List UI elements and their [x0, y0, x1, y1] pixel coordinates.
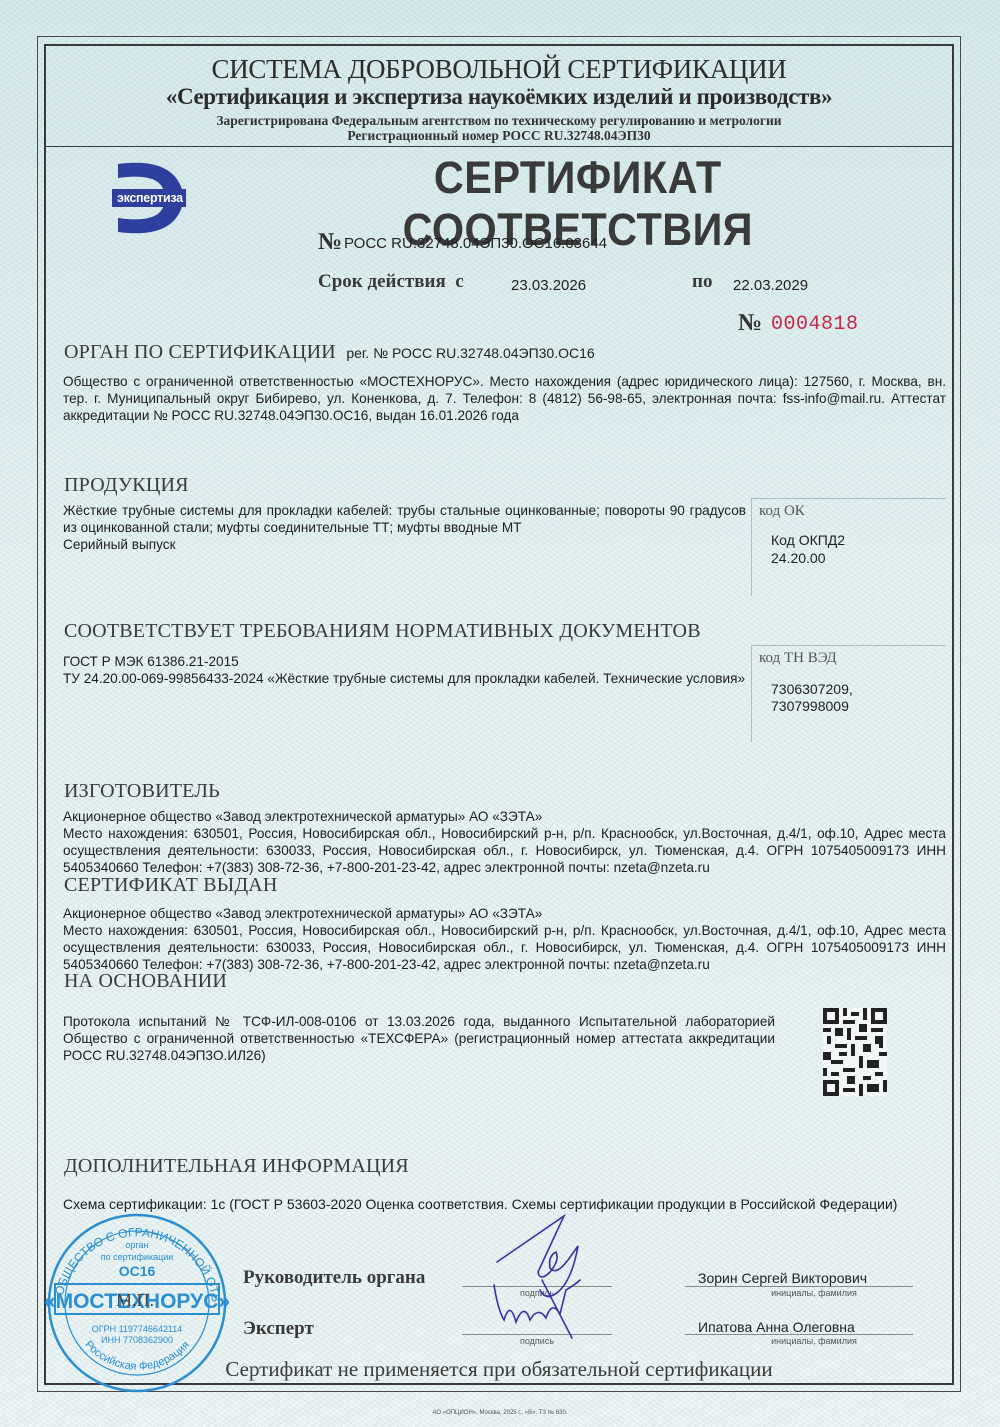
valid-to: 22.03.2029	[733, 277, 808, 294]
signature-scribble-icon	[480, 1210, 630, 1350]
additional-info-title: ДОПОЛНИТЕЛЬНАЯ ИНФОРМАЦИЯ	[64, 1155, 409, 1178]
certification-body-reg: рег. № РОСС RU.32748.04ЭП30.ОС16	[346, 345, 594, 361]
okpd2-label: Код ОКПД2	[771, 532, 845, 549]
ok-code-box: код ОК Код ОКПД2 24.20.00	[751, 498, 946, 596]
tnved-code-1: 7306307209,	[771, 681, 853, 698]
qr-code[interactable]	[823, 1008, 887, 1096]
production-type: Серийный выпуск	[63, 536, 176, 553]
basis-title: НА ОСНОВАНИИ	[64, 970, 227, 993]
head-name-caption: инициалы, фамилия	[685, 1288, 913, 1298]
expert-name-line	[685, 1334, 913, 1335]
expertiza-logo: экспертиза	[108, 158, 188, 238]
head-name-line	[685, 1286, 913, 1287]
cert-number-label: №	[318, 229, 342, 256]
manufacturer-name: Акционерное общество «Завод электротехни…	[63, 808, 542, 825]
validity-label: Срок действия с	[318, 271, 464, 293]
serial-number: 0004818	[771, 313, 859, 336]
tnved-code-2: 7307998009	[771, 698, 849, 715]
certification-body-title: ОРГАН ПО СЕРТИФИКАЦИИ	[64, 341, 336, 363]
product-description: Жёсткие трубные системы для прокладки ка…	[63, 503, 746, 535]
standards-title: СООТВЕТСТВУЕТ ТРЕБОВАНИЯМ НОРМАТИВНЫХ ДО…	[64, 620, 701, 643]
handwritten-signatures	[480, 1210, 630, 1350]
product-title: ПРОДУКЦИЯ	[64, 474, 189, 497]
registration-info: Зарегистрирована Федеральным агентством …	[44, 113, 954, 143]
svg-text:по сертификации: по сертификации	[101, 1252, 174, 1262]
serial-label: №	[738, 310, 762, 337]
product-text: Жёсткие трубные системы для прокладки ка…	[63, 502, 746, 536]
issued-to-title: СЕРТИФИКАТ ВЫДАН	[64, 874, 278, 897]
registered-by: Зарегистрирована Федеральным агентством …	[44, 113, 954, 128]
manufacturer-title: ИЗГОТОВИТЕЛЬ	[64, 780, 220, 803]
ok-code-title: код ОК	[759, 503, 805, 520]
expert-name-caption: инициалы, фамилия	[685, 1336, 913, 1346]
system-title: СИСТЕМА ДОБРОВОЛЬНОЙ СЕРТИФИКАЦИИ	[44, 54, 954, 85]
header-divider	[44, 146, 954, 147]
certification-body-text: Общество с ограниченной ответственностью…	[63, 373, 946, 424]
okpd2-value: 24.20.00	[771, 550, 826, 567]
system-name: «Сертификация и экспертиза наукоёмких из…	[44, 84, 954, 110]
svg-text:ОГРН 1197746642114: ОГРН 1197746642114	[92, 1324, 183, 1334]
standard-line-2: ТУ 24.20.00-069-99856433-2024 «Жёсткие т…	[63, 670, 746, 687]
issued-to-details: Место нахождения: 630501, Россия, Новоси…	[63, 922, 946, 973]
svg-text:ИНН 7708362900: ИНН 7708362900	[101, 1335, 173, 1345]
expert-name: Ипатова Анна Олеговна	[698, 1319, 855, 1335]
basis-text: Протокола испытаний № ТСФ-ИЛ-008-0106 от…	[63, 1013, 775, 1064]
qr-code-icon	[823, 1008, 887, 1096]
registration-number: Регистрационный номер РОСС RU.32748.04ЭП…	[44, 128, 954, 143]
expert-label: Эксперт	[243, 1318, 314, 1340]
manufacturer-details: Место нахождения: 630501, Россия, Новоси…	[63, 825, 946, 876]
svg-text:ОС16: ОС16	[119, 1263, 156, 1279]
logo-text: экспертиза	[117, 191, 183, 205]
tnved-code-box: код ТН ВЭД 7306307209, 7307998009	[751, 645, 946, 742]
tnved-code-title: код ТН ВЭД	[759, 650, 837, 667]
svg-text:орган: орган	[125, 1240, 148, 1250]
stamp-place: М.П.	[116, 1290, 154, 1311]
valid-from: 23.03.2026	[511, 277, 586, 294]
issued-to-name: Акционерное общество «Завод электротехни…	[63, 905, 542, 922]
standard-line-1: ГОСТ Р МЭК 61386.21-2015	[63, 653, 239, 670]
printer-info: АО «ОПЦИОН», Москва, 2025 г., «В». ТЗ № …	[0, 1410, 1000, 1416]
head-label: Руководитель органа	[243, 1267, 425, 1289]
head-name: Зорин Сергей Викторович	[698, 1270, 867, 1286]
footer-note: Сертификат не применяется при обязательн…	[44, 1357, 954, 1382]
cert-number: РОСС RU.32748.04ЭП30.ОС16.03644	[344, 235, 607, 252]
valid-to-label: по	[692, 271, 712, 293]
certification-body-heading: ОРГАН ПО СЕРТИФИКАЦИИ рег. № РОСС RU.327…	[64, 341, 595, 364]
